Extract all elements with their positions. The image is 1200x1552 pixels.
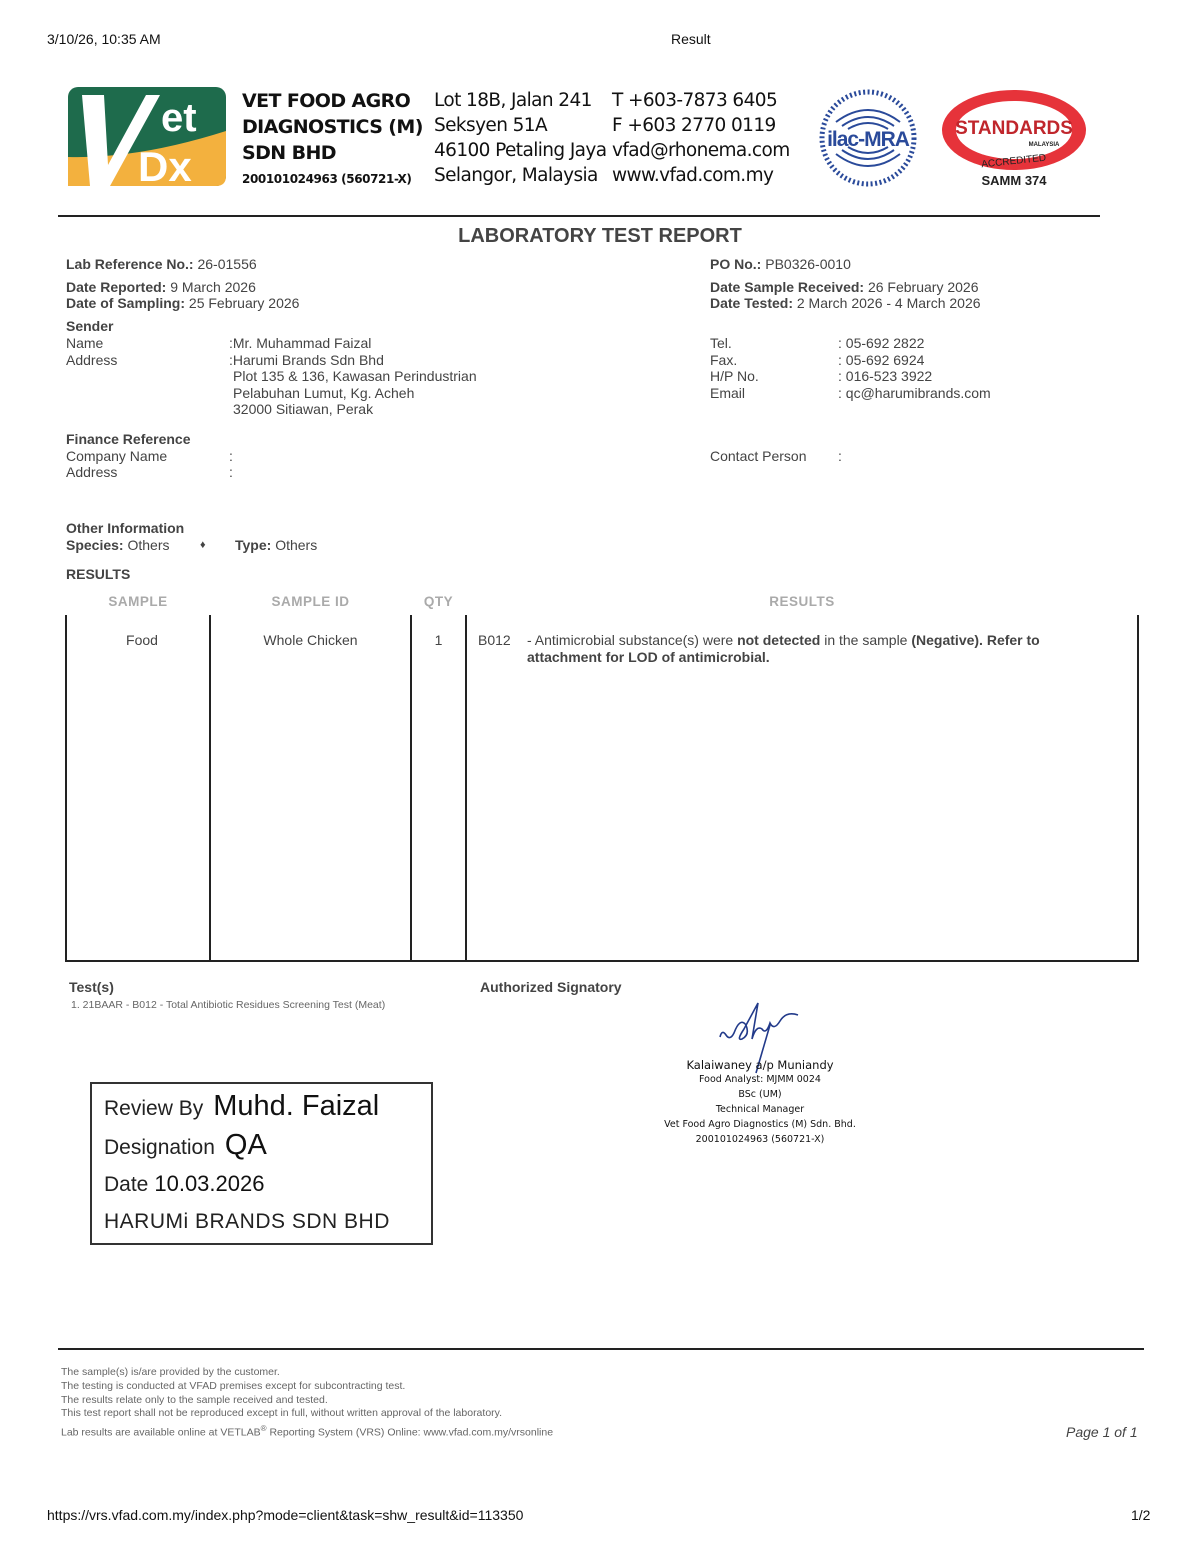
review-stamp: Review ByMuhd. Faizal DesignationQA Date… <box>90 1082 433 1245</box>
ilac-mra-logo-icon: ilac-MRA <box>818 88 918 188</box>
print-title: Result <box>671 31 711 47</box>
table-border <box>65 615 67 962</box>
vrs-note: Lab results are available online at VETL… <box>61 1422 553 1440</box>
date-reported: Date Reported: 9 March 2026 <box>66 279 256 296</box>
finance-address: Address: <box>66 464 233 481</box>
cell-result-text: - Antimicrobial substance(s) were not de… <box>527 632 1097 666</box>
table-border <box>209 615 211 962</box>
svg-text:SAMM 374: SAMM 374 <box>981 173 1047 188</box>
date-tested: Date Tested: 2 March 2026 - 4 March 2026 <box>710 295 981 312</box>
footer-divider <box>58 1348 1144 1350</box>
po-number: PO No.: PB0326-0010 <box>710 256 851 273</box>
lab-address: Lot 18B, Jalan 241 Seksyen 51A 46100 Pet… <box>434 88 607 188</box>
date-of-sampling: Date of Sampling: 25 February 2026 <box>66 295 299 312</box>
sender-hp: H/P No.: 016-523 3922 <box>710 368 932 385</box>
finance-company: Company Name: <box>66 448 233 465</box>
date-sample-received: Date Sample Received: 26 February 2026 <box>710 279 979 296</box>
svg-text:Dx: Dx <box>138 143 192 186</box>
table-border <box>65 960 1139 962</box>
lab-contact: T +603-7873 6405 F +603 2770 0119 vfad@r… <box>612 88 790 188</box>
sender-address-line: Pelabuhan Lumut, Kg. Acheh <box>233 385 414 402</box>
sender-address-line: 32000 Sitiawan, Perak <box>233 401 373 418</box>
sender-address: Address:Harumi Brands Sdn Bhd <box>66 352 384 369</box>
stamp-date: Date10.03.2026 <box>104 1171 264 1197</box>
diamond-separator-icon: ♦ <box>200 537 206 554</box>
finance-contact-person: Contact Person: <box>710 448 842 465</box>
svg-text:ilac-MRA: ilac-MRA <box>827 128 910 151</box>
signatory-name: Kalaiwaney a/p Muniandy <box>640 1058 880 1072</box>
stamp-review-by: Review ByMuhd. Faizal <box>104 1090 379 1123</box>
company-reg-no: 200101024963 (560721-X) <box>242 168 423 190</box>
standards-malaysia-logo-icon: STANDARDS MALAYSIA ACCREDITED SAMM 374 <box>938 86 1090 190</box>
species: Species: Others <box>66 537 170 554</box>
stamp-company: HARUMi BRANDS SDN BHD <box>104 1210 390 1234</box>
svg-text:MALAYSIA: MALAYSIA <box>1029 142 1060 148</box>
tests-heading: Test(s) <box>69 979 114 995</box>
lab-reference: Lab Reference No.: 26-01556 <box>66 256 257 273</box>
cell-qty: 1 <box>411 632 466 648</box>
column-header-sample-id: SAMPLE ID <box>210 594 411 609</box>
report-page-number: Page 1 of 1 <box>1066 1424 1138 1440</box>
svg-text:STANDARDS: STANDARDS <box>955 118 1073 139</box>
table-border <box>1137 615 1139 962</box>
report-title: LABORATORY TEST REPORT <box>0 225 1200 248</box>
print-datetime: 3/10/26, 10:35 AM <box>47 31 161 47</box>
cell-sample-id: Whole Chicken <box>210 632 411 648</box>
results-heading: RESULTS <box>66 566 130 582</box>
sender-email: Email: qc@harumibrands.com <box>710 385 991 402</box>
company-name: VET FOOD AGRO DIAGNOSTICS (M) SDN BHD 20… <box>242 88 423 190</box>
column-header-sample: SAMPLE <box>66 594 210 609</box>
signatory-details: Kalaiwaney a/p Muniandy Food Analyst: MJ… <box>640 1058 880 1147</box>
signatory-heading: Authorized Signatory <box>480 979 622 995</box>
other-info-heading: Other Information <box>66 520 184 536</box>
disclaimer: The sample(s) is/are provided by the cus… <box>61 1366 553 1440</box>
sender-fax: Fax.: 05-692 6924 <box>710 352 924 369</box>
cell-sample: Food <box>66 632 218 648</box>
finance-heading: Finance Reference <box>66 431 191 447</box>
svg-text:et: et <box>161 96 197 140</box>
header-divider <box>58 215 1100 217</box>
column-header-results: RESULTS <box>466 594 1138 609</box>
print-page: 1/2 <box>1131 1507 1150 1523</box>
stamp-designation: DesignationQA <box>104 1129 267 1162</box>
type: Type: Others <box>235 537 317 554</box>
test-item: 1. 21BAAR - B012 - Total Antibiotic Resi… <box>71 999 385 1011</box>
column-header-qty: QTY <box>411 594 466 609</box>
cell-result-code: B012 <box>478 632 511 648</box>
sender-address-line: Plot 135 & 136, Kawasan Perindustrian <box>233 368 477 385</box>
vetdx-logo-icon: et Dx <box>68 87 226 186</box>
print-url: https://vrs.vfad.com.my/index.php?mode=c… <box>47 1507 523 1523</box>
table-border <box>410 615 412 962</box>
sender-heading: Sender <box>66 318 113 334</box>
table-border <box>465 615 467 962</box>
sender-name: Name:Mr. Muhammad Faizal <box>66 335 371 352</box>
sender-tel: Tel.: 05-692 2822 <box>710 335 924 352</box>
